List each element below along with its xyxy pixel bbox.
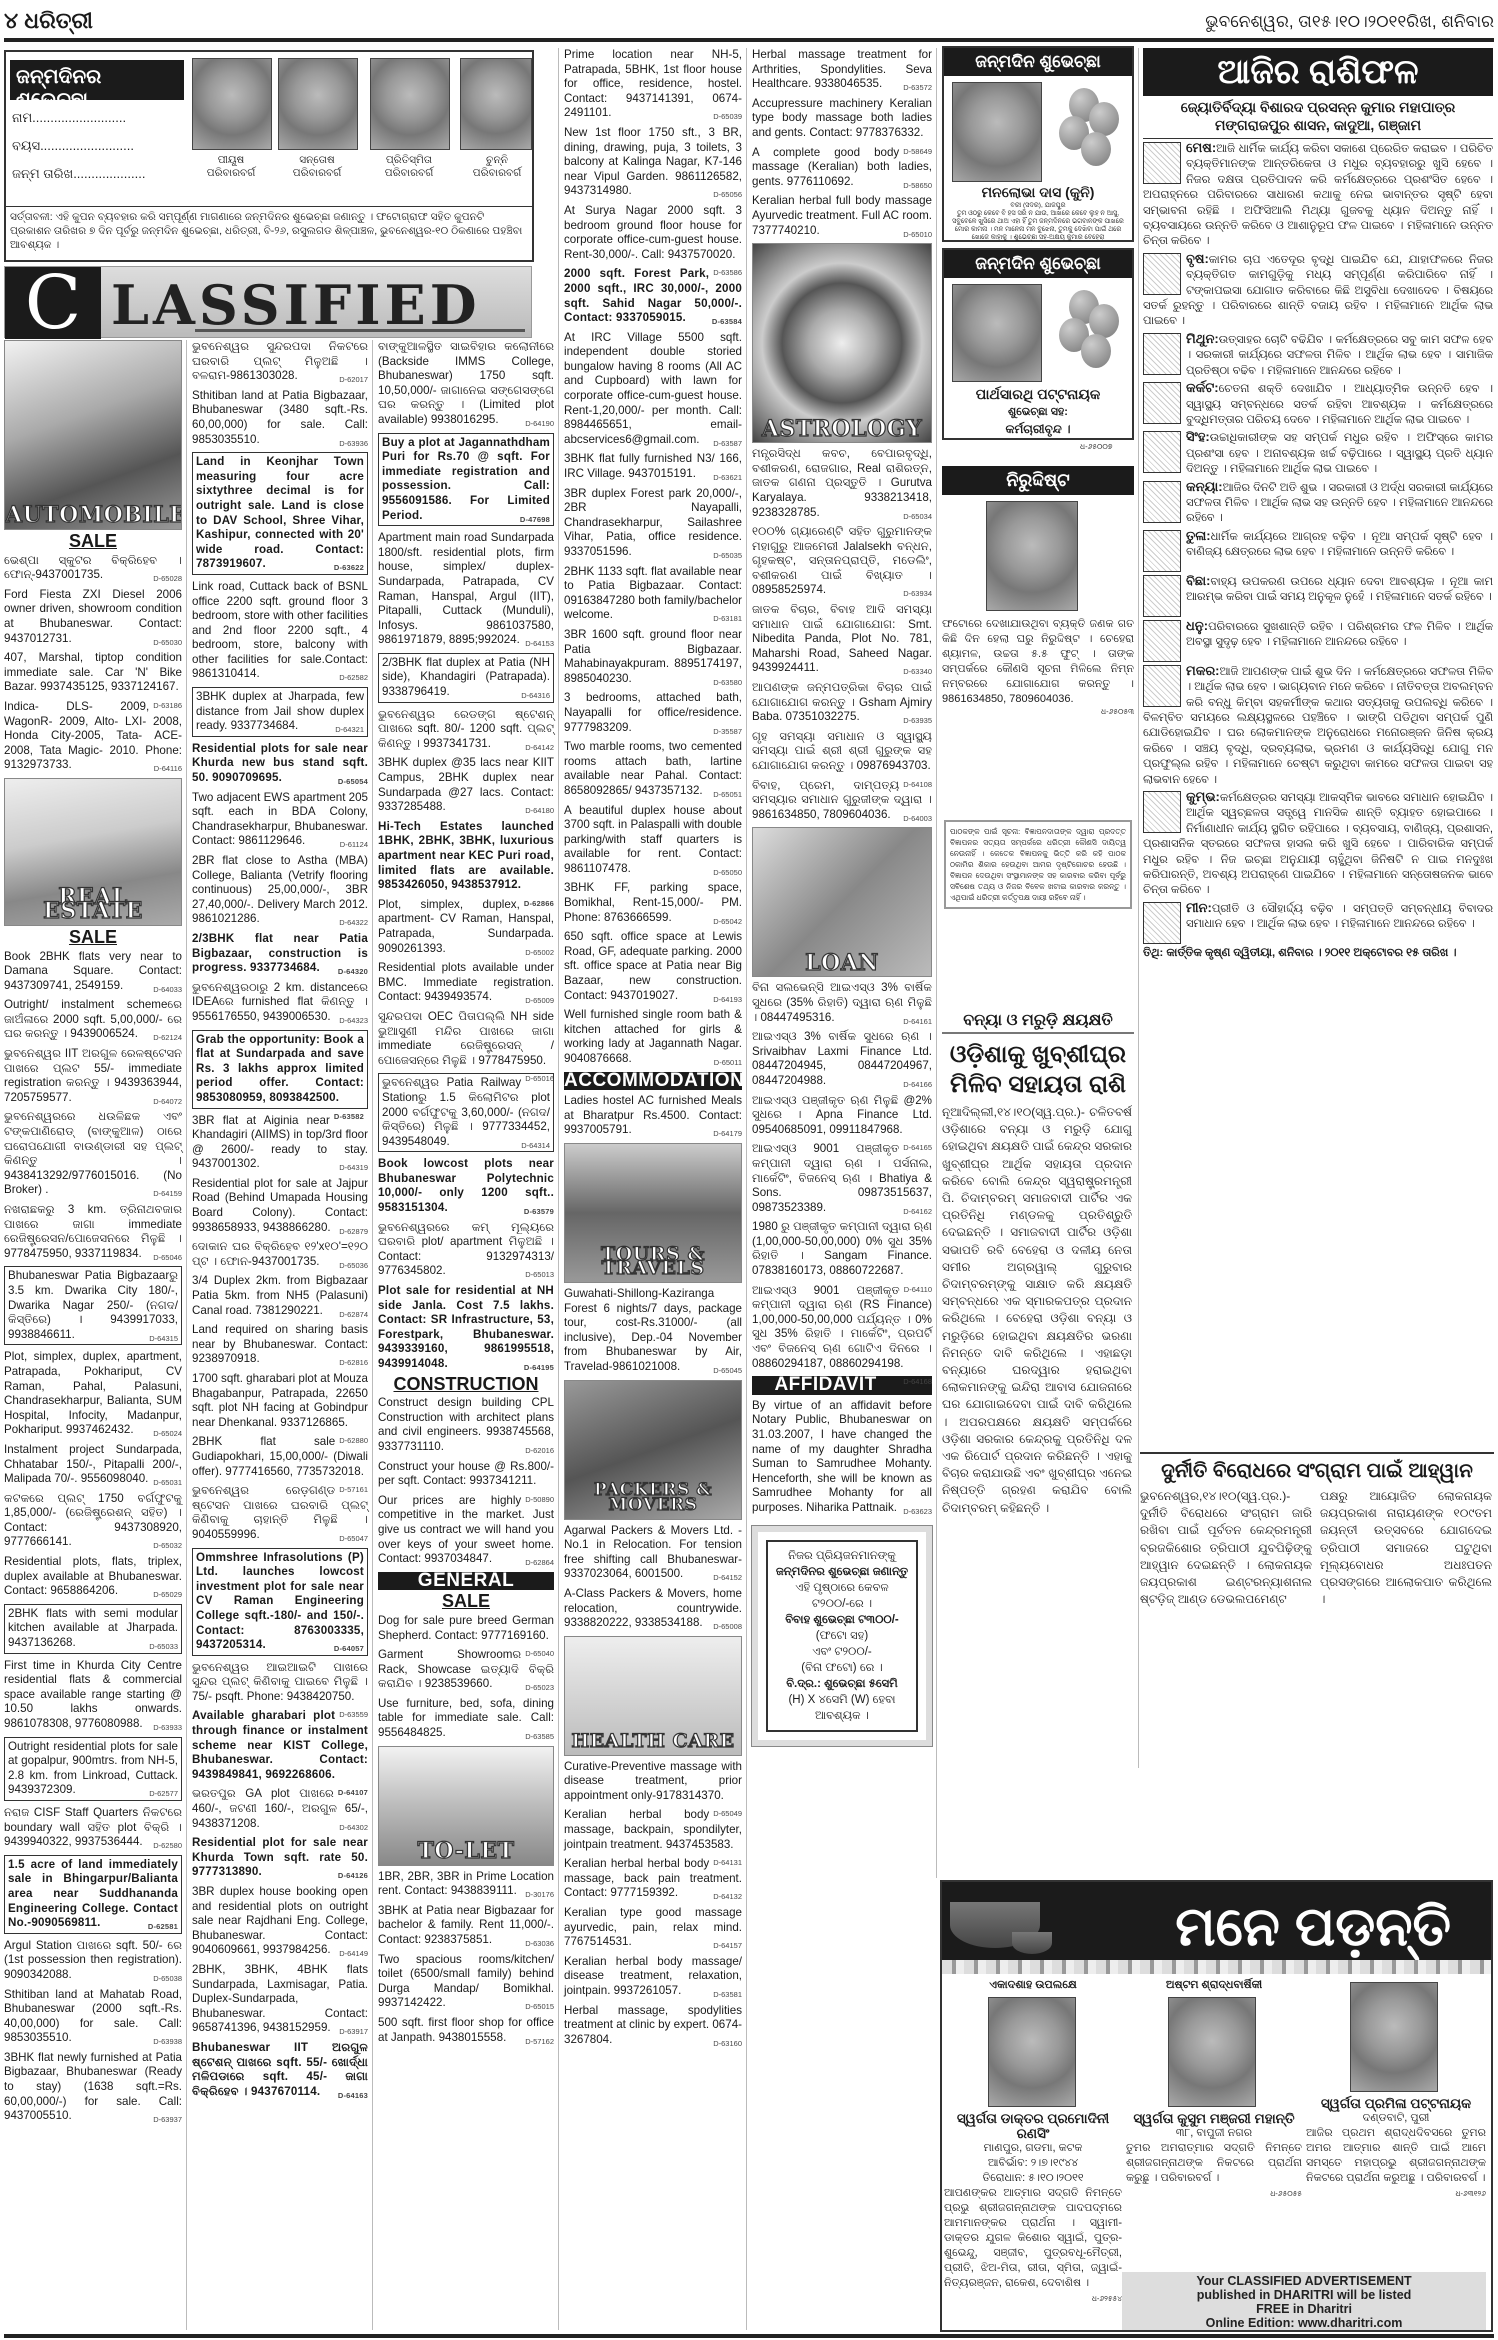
ad-code: D-64157 [713, 1939, 742, 1954]
classified-ad: ଆଇଏସ୍ଓ 3% ବାର୍ଷିକ ସୁଧରେ ଋଣ । Srivaibhav … [752, 1030, 932, 1088]
classified-ad: Land in Keonjhar Town measuring four acr… [192, 452, 368, 575]
classified-ad: Two marble rooms, two cemented rooms att… [564, 740, 742, 798]
zodiac-icon [1143, 665, 1181, 707]
ad-text: ଆଇଏସ୍ଓ ପଞ୍ଜୀକୃତ ଋଣ ମିଳୁଛି @2% ସୁଧରେ । Ap… [752, 1094, 932, 1136]
classified-ad: First time in Khurda City Centre residen… [4, 1659, 182, 1732]
wish-message: ବରୀ (ସଦର), ଯାଜପୁରତୁମ ଓଠରୁ କେବେ ବି ହସ ସରି… [946, 202, 1130, 242]
ad-code: D-64132 [713, 1890, 742, 1905]
ad-text: 1980 ରୁ ପଞ୍ଜୀକୃତ କମ୍ପାନୀ ଦ୍ୱାରା ଋଣ (1,00… [752, 1220, 932, 1277]
classified-ad: 3BR 1600 sqft. ground floor near Patia B… [564, 628, 742, 686]
zodiac-icon [1143, 481, 1181, 523]
classified-ad: Guwahati-Shillong-Kaziranga Forest 6 nig… [564, 1287, 742, 1375]
classified-ad: Residential plot for sale near Khurda To… [192, 1836, 368, 1880]
rate-line: ନିଜର ପ୍ରିୟଜନମାନଙ୍କୁ [770, 1548, 914, 1564]
classified-ad: 3 bedrooms, attached bath, Nayapalli for… [564, 691, 742, 735]
ad-text: ଜାତକ ବିଚାର, ବିବାହ ଆଦି ସମସ୍ୟା ସମାଧାନ ପାଇଁ… [752, 603, 932, 674]
classified-ad: Residential plots available under BMC. I… [378, 961, 554, 1005]
ad-code: D-63581 [713, 1988, 742, 2003]
news-kicker: ବନ୍ୟା ଓ ମରୁଡ଼ି କ୍ଷୟକ୍ଷତି [942, 1012, 1134, 1034]
rate-line: ଏହି ପୃଷ୍ଠାରେ କେବଳ [770, 1580, 914, 1596]
classified-ad: Residential plots, flats, triplex, duple… [4, 1555, 182, 1599]
wish-name: ପାର୍ଥସାରଥି ପଟ୍ଟନାୟକ [944, 386, 1132, 403]
classified-ad: Outright residential plots for sale at g… [4, 1737, 182, 1801]
ad-code: D-64162 [903, 1205, 932, 1220]
classified-ad: ମନ୍ତ୍ରସିଦ୍ଧ କବଚ, ବେପାରବୃଦ୍ଧି, ବଶୀକରଣ, ରୋ… [752, 447, 932, 520]
zodiac-icon [1143, 431, 1181, 473]
ad-text: New 1st floor 1750 sft., 3 BR, dining, d… [564, 126, 742, 197]
ad-code: D-63585 [525, 1730, 554, 1745]
classified-ad: A-Class Packers & Movers, home relocatio… [564, 1587, 742, 1631]
classified-ad: ଆଇଏସ୍ଓ ପଞ୍ଜୀକୃତ ଋଣ ମିଳୁଛି @2% ସୁଧରେ । Ap… [752, 1094, 932, 1138]
ad-code: D-61124 [340, 838, 368, 853]
ad-code: D-64190 [525, 417, 554, 432]
zodiac-name: ତୁଳା: [1186, 528, 1211, 543]
classified-ad: ଭରତପୁର GA plot ପାଖରେ 460/-, ଜଟଣୀ 160/-, … [192, 1787, 368, 1831]
horoscope-author: ଜ୍ୟୋତିର୍ବିଦ୍ୟା ବିଶାରଦ ପ୍ରସନ୍ନ କୁମାର ମହାପ… [1143, 98, 1493, 139]
ad-code: D-64195 [524, 1361, 554, 1376]
real-estate-image: REAL ESTATE [4, 778, 182, 926]
ad-code: D-62816 [339, 1356, 368, 1371]
classified-ad: Dog for sale pure breed German Shepherd.… [378, 1614, 554, 1643]
dob-field: ଜନ୍ମ ତାରିଖ.................... [12, 166, 145, 182]
classified-ad: 3BHK duplex at Jharpada, few distance fr… [192, 687, 368, 737]
ad-code: D-63584 [712, 315, 742, 330]
zodiac-icon [1143, 253, 1181, 295]
ad-code: D-64315 [149, 1332, 178, 1347]
news-headline-2: ଦୁର୍ନୀତି ବିରୋଧରେ ସଂଗ୍ରାମ ପାଇଁ ଆହ୍ୱାନ [1140, 1452, 1494, 1484]
classified-ad: ଗୃହ ସମସ୍ୟା ସମାଧାନ ଓ ସ୍ୱାସ୍ଥ୍ୟ ସମସ୍ୟା ପାଇ… [752, 730, 932, 774]
wish-from: କର୍ମଚାରୀବୃନ୍ଦ । [944, 422, 1132, 437]
rate-line: (ଫଟୋ ସହ) [770, 1628, 914, 1644]
classified-ad: ଭୁବନେଶ୍ୱରରେ କମ୍ ମୂଲ୍ୟରେ ଘରବାରି plot/ apa… [378, 1221, 554, 1279]
classified-ad: Curative-Preventive massage with disease… [564, 1760, 742, 1804]
ad-code: D-64166 [903, 1078, 932, 1093]
zodiac-sign-entry: ତୁଳା:ଧାର୍ମିକ କାର୍ଯ୍ୟରେ ଆଗ୍ରହ ବଢ଼ିବ । ନୂଆ… [1143, 528, 1493, 572]
classified-ad: At Surya Nagar 2000 sqft. 3 bedroom grou… [564, 204, 742, 262]
ad-code: D-64321 [335, 723, 364, 738]
zodiac-icon [1143, 142, 1181, 184]
wish-photo [952, 82, 1042, 182]
to-let-image: TO-LET [378, 1746, 554, 1866]
ad-code: D-64126 [338, 1869, 368, 1884]
news-body-2b: ପକ୍ଷରୁ ଆୟୋଜିତ ଲୋକନାୟକ ଜୟପ୍ରକାଶ ନାରାୟଣଙ୍କ… [1320, 1488, 1492, 1868]
zodiac-icon [1143, 902, 1181, 944]
zodiac-text: ପରିବାରରେ ସୁଖଶାନ୍ତି ରହିବ । ପରିଶ୍ରମର ଫଳ ମି… [1186, 621, 1493, 648]
ad-text: 3BHK flat newly furnished at Patia Bigba… [4, 2051, 182, 2122]
classified-ad: ଭୁବନେଶ୍ୱର ଆଇଆଇଟି ପାଖରେ ସୁନ୍ଦର ପ୍ଲଟ୍ କିଣି… [192, 1661, 368, 1705]
page-masthead: ୪ ଧରିତ୍ରୀ ଭୁବନେଶ୍ୱର, ତା୧୫।୧୦।୨୦୧୧ରିଖ, ଶନ… [4, 6, 1494, 42]
ad-code: ଧ-୬୫୦୦୭ [1080, 442, 1112, 452]
obituary-photo [1350, 1982, 1438, 2092]
classified-ad: 2/3BHK flat near Patia Bigbazaar, constr… [192, 932, 368, 976]
zodiac-name: ମୀନ: [1186, 900, 1212, 915]
ad-text: 650 sqft. office space at Lewis Road, GF… [564, 930, 742, 1001]
zodiac-sign-entry: ମକର:ଆଜି ଆପଣଙ୍କ ପାଇଁ ଶୁଭ ଦିନ । କର୍ମକ୍ଷେତ୍… [1143, 663, 1493, 788]
classified-ad: Keralian type good massage ayurvedic, pa… [564, 1906, 742, 1950]
zodiac-name: ମକର: [1186, 663, 1220, 678]
ad-text: Available gharabari plot through finance… [192, 1709, 368, 1780]
ad-code: D-65032 [153, 1539, 182, 1554]
classified-ad: Accupressure machinery Keralian type bod… [752, 97, 932, 141]
ad-code: D-64180 [525, 804, 554, 819]
ad-code: D-57162 [525, 2035, 554, 2050]
rate-line: ଜନ୍ମଦିନର ଶୁଭେଚ୍ଛା ଜଣାନ୍ତୁ [770, 1564, 914, 1580]
ad-code: D-63935 [903, 714, 932, 729]
zodiac-sign-entry: ବୃଷ:କାମର ଚାପ ଏତେଦୂର ବୃଦ୍ଧି ପାଇଯିବ ଯେ, ଯା… [1143, 251, 1493, 330]
ad-code: D-64302 [339, 1821, 368, 1836]
classified-ad: By virtue of an affidavit before Notary … [752, 1399, 932, 1516]
classified-ad: ବିନା ସଲଭେନ୍ସି ଆଇଏସ୍ଓ 3% ବାର୍ଷିକ ସୁଧରେ (3… [752, 981, 932, 1025]
ad-code: D-65034 [903, 510, 932, 525]
classified-ad: କଟକରେ ପ୍ଲଟ୍ 1750 ବର୍ଗଫୁଟକୁ 1,85,000/- (ର… [4, 1492, 182, 1550]
ad-code: D-64161 [903, 1015, 932, 1030]
ad-code: D-65011 [714, 1056, 742, 1071]
ad-text: At IRC Village 5500 sqft. independent do… [564, 331, 742, 446]
zodiac-name: ସିଂହ: [1186, 429, 1210, 444]
ad-text: 2BHK, 3BHK, 4BHK flats Sundarpada, Laxmi… [192, 1963, 368, 2034]
classified-ad: Prime location near NH-5, Patrapada, 5BH… [564, 48, 742, 121]
zodiac-name: ବୃଷ: [1186, 251, 1209, 266]
ad-code: D-65036 [339, 1259, 368, 1274]
ad-code: ଧ-୬୫୦୫୩ [942, 707, 1134, 717]
classified-ad: 500 sqft. first floor shop for office at… [378, 2016, 554, 2045]
ad-text: Prime location near NH-5, Patrapada, 5BH… [564, 48, 742, 119]
automobile-image: AUTOMOBILE [4, 340, 182, 530]
balloons-icon [1059, 290, 1119, 380]
classified-ad: 2000 sqft. Forest Park, 2000 sqft., IRC … [564, 267, 742, 325]
photo-caption: ଚୁନ୍ନିପରିବାରବର୍ଗ [452, 154, 542, 180]
ad-code: D-63587 [713, 437, 742, 452]
zodiac-text: ଉତ୍ସାହର ଚୋଟି ବଢିଯିବ । କର୍ମକ୍ଷେତ୍ରରେ ସବୁ … [1186, 334, 1493, 377]
ad-text: Grab the opportunity: Book a flat at Sun… [196, 1033, 364, 1104]
zodiac-name: ଧନୁ: [1186, 618, 1208, 633]
news-body: ନୂଆଦିଲ୍ଲୀ,୧୪।୧୦(ସ୍ୱ.ପ୍ର.)- ଚଳିତବର୍ଷ ଓଡ଼ି… [942, 1104, 1132, 1800]
banner-title: LASSIFIED [111, 273, 481, 337]
ad-code: D-63623 [903, 1505, 932, 1520]
classified-ad: ୧୦୦% ଗ୍ୟାରେଣ୍ଟି ସହିତ ଗୁରୁମାନଙ୍କ ମହାଗୁରୁ … [752, 525, 932, 598]
horoscope-footer: ତିଥି: କାର୍ତ୍ତିକ କୃଷ୍ଣ ଦ୍ୱିତୀୟା, ଶନିବାର ।… [1143, 946, 1493, 961]
ad-code: D-63160 [713, 2037, 742, 2052]
ad-code: D-65056 [713, 188, 742, 203]
obituary-section: ମନେ ପଡ଼ନ୍ତି ଏକାଦଶାହ ଉପଲକ୍ଷେ ସ୍ୱର୍ଗତା ଡାକ… [940, 1880, 1493, 2332]
obituary-entry: ଅଷ୍ଟମ ଶ୍ରାଦ୍ଧବାର୍ଷିକୀ ସ୍ୱର୍ଗତା କୁସୁମ ମଞ୍… [1126, 1978, 1302, 2201]
balloons-icon [1059, 88, 1119, 178]
column-divider [746, 48, 747, 2330]
classified-ad: 1BR, 2BR, 3BR in Prime Location rent. Co… [378, 1870, 554, 1899]
ad-code: D-62577 [149, 1787, 178, 1802]
classified-ad: Argul Station ପାଖରେ sqft. 50/- ରେ (1st p… [4, 1939, 182, 1983]
classified-ad: Keralian herbal body massage/ disease tr… [564, 1955, 742, 1999]
ad-code: D-64316 [521, 689, 550, 704]
classified-ad: ଭେଶ୍ପା ସ୍କୁଟର ବିକ୍ରିହେବ । ଫୋନ୍-943700173… [4, 554, 182, 583]
zodiac-sign-entry: ଧନୁ:ପରିବାରରେ ସୁଖଶାନ୍ତି ରହିବ । ପରିଶ୍ରମର ଫ… [1143, 618, 1493, 662]
ad-text: Dog for sale pure breed German Shepherd.… [378, 1614, 554, 1642]
ad-text: Plot sale for residential at NH side Jan… [378, 1284, 554, 1370]
classified-ad: 1.5 acre of land immediately sale in Bhi… [4, 1855, 182, 1934]
ad-code: D-58650 [903, 179, 932, 194]
horoscope-body: ମେଷ:ଆଜି ଧାର୍ମିକ କାର୍ଯ୍ୟ କରିବା ସକାଶେ ପ୍ରେ… [1143, 140, 1493, 1440]
classified-ad: ଭୁବନେଶ୍ୱର IIT ଅରଗୁଳ ରେଳଷ୍ଟେସନ ପାଖରେ ପ୍ଲଟ… [4, 1047, 182, 1105]
ad-text: By virtue of an affidavit before Notary … [752, 1399, 932, 1514]
coupon-terms: ସର୍ତ୍ତାବଳୀ: ଏହି କୁପନ ବ୍ୟବହାର କରି ସମ୍ପୂର୍… [6, 206, 532, 255]
ad-code: D-65054 [338, 775, 368, 790]
zodiac-name: ବିଛା: [1186, 573, 1210, 588]
sale-heading: SALE [378, 1594, 554, 1609]
ad-code: D-65002 [525, 946, 554, 961]
ad-code: D-64152 [713, 1571, 742, 1586]
ad-code: D-64320 [338, 965, 368, 980]
ad-text: Guwahati-Shillong-Kaziranga Forest 6 nig… [564, 1287, 742, 1373]
rate-line: ଟ୨୦୦/-ରେ । [770, 1596, 914, 1612]
news-body-2a: ଭୁବନେଶ୍ୱର,୧୪।୧୦(ସ୍ୱ.ପ୍ର.)- ଦୁର୍ନୀତି ବିରୋ… [1140, 1488, 1312, 1868]
sale-heading: SALE [4, 930, 182, 945]
classified-ad: Ommshree Infrasolutions (P) Ltd. launche… [192, 1548, 368, 1656]
ad-code: D-65047 [339, 1532, 368, 1547]
classified-ad: Two adjacent EWS apartment 205 sqft. eac… [192, 791, 368, 849]
ad-code: D-65035 [713, 549, 742, 564]
tours-label: TOURS & TRAVELS [565, 1247, 741, 1276]
zodiac-icon [1143, 382, 1181, 424]
obituary-photo [988, 1997, 1076, 2107]
ad-code: D-65010 [903, 228, 932, 243]
zodiac-text: ବାହ୍ୟ ଉପକରଣ ଉପରେ ଧ୍ୟାନ ଦେବା ଆବଶ୍ୟକ । ନୂଆ… [1186, 576, 1493, 603]
classified-ad: 3BR duplex house booking open and reside… [192, 1885, 368, 1958]
zodiac-sign-entry: ସିଂହ:ଉଚ୍ଚାଧିକାରୀଙ୍କ ସହ ସମ୍ପର୍କ ମଧୁର ରହିବ… [1143, 429, 1493, 477]
ad-code: D-63622 [334, 561, 364, 576]
free-listing-notice: Your CLASSIFIED ADVERTISEMENT published … [1122, 2272, 1486, 2330]
classified-ad: 2BHK, 3BHK, 4BHK flats Sundarpada, Laxmi… [192, 1963, 368, 2036]
ad-code: D-62581 [148, 1920, 178, 1935]
zodiac-text: ଆଜି ଧାର୍ମିକ କାର୍ଯ୍ୟ କରିବା ସକାଶେ ପ୍ରେରିତ … [1143, 143, 1493, 247]
ad-code: D-65030 [153, 636, 182, 651]
zodiac-sign-entry: ମୀନ:ପ୍ରୀତି ଓ ସୌହାର୍ଦ୍ଦ୍ୟ ବଢ଼ିବ । ସମ୍ପତ୍ତ… [1143, 900, 1493, 944]
ad-code: D-65009 [525, 994, 554, 1009]
reader-disclaimer: ପାଠକଙ୍କ ପାଇଁ ସୂଚନା: ବିଜ୍ଞାପନଦାତାଙ୍କ ଦ୍ୱା… [944, 820, 1132, 909]
classified-ad: A complete good body massage (Keralian) … [752, 146, 932, 190]
classified-ad: ସୁନ୍ଦରପଦା OEC ପିତାପଲ୍ଲି NH side ଭୁଆସୁଣୀ … [378, 1010, 554, 1068]
ad-code: D-62864 [525, 1556, 554, 1571]
ad-text: 3BR duplex house booking open and reside… [192, 1885, 368, 1956]
photo-caption: ପ୍ରିତିସ୍ମିତାପରିବାରବର୍ଗ [364, 154, 454, 180]
classified-ad: ଭୁବନେଶ୍ୱର Patia Railway Stationରୁ 1.5 କି… [378, 1073, 554, 1152]
classified-ad: At IRC Village 5500 sqft. independent do… [564, 331, 742, 448]
child-photo [278, 58, 358, 150]
automobile-label: AUTOMOBILE [5, 508, 181, 523]
classified-ad: ନଖରାଛକରୁ 3 km. ତ୍ରିନାଥବଜାର ପାଖରେ ଜାଗା im… [4, 1203, 182, 1261]
classified-ad: 2BHK flat sale Gudiapokhari, 15,00,000/-… [192, 1435, 368, 1479]
classified-ad: Hi-Tech Estates launched 1BHK, 2BHK, 3BH… [378, 820, 554, 893]
ad-code: D-64057 [334, 1642, 364, 1657]
column-divider [186, 340, 187, 2330]
ad-code: D-65050 [713, 866, 742, 881]
zodiac-name: କୁମ୍ଭ: [1186, 789, 1220, 804]
ad-code: D-65033 [149, 1640, 178, 1655]
ad-text: Keralian herbal body massage, backpain, … [564, 1808, 742, 1850]
ad-code: D-65028 [153, 572, 182, 587]
classified-ad: Well furnished single room bath & kitche… [564, 1008, 742, 1066]
zodiac-icon [1143, 530, 1181, 572]
ad-text: ମନ୍ତ୍ରସିଦ୍ଧ କବଚ, ବେପାରବୃଦ୍ଧି, ବଶୀକରଣ, ରୋ… [752, 447, 932, 518]
ad-code: D-64116 [154, 762, 182, 777]
astrology-image: ASTROLOGY [752, 243, 932, 443]
tours-image: TOURS & TRAVELS [564, 1143, 742, 1283]
zodiac-name: କର୍କଟ: [1186, 380, 1219, 395]
photo-caption: ପୀୟୂଷପରିବାରବର୍ଗ [186, 154, 276, 180]
classified-ad: Bhubaneswar IIT ଅରଗୁଳ ଷ୍ଟେଶନ୍ ପାଖରେ sqft… [192, 2041, 368, 2099]
child-photo [192, 58, 272, 150]
classified-ad: Ford Fiesta ZXI Diesel 2006 owner driven… [4, 588, 182, 646]
missing-person-ad: ନିରୁଦ୍ଦିଷ୍ଟ ଫଟୋରେ ଦେଖାଯାଉଥିବା ବ୍ୟକ୍ତି ଜଣ… [942, 466, 1134, 717]
zodiac-name: ମିଥୁନ: [1186, 331, 1219, 346]
classified-ad: 1700 sqft. gharabari plot at Mouza Bhaga… [192, 1372, 368, 1430]
classified-ad: Sthitiban land at Patia Bigbazaar, Bhuba… [192, 389, 368, 447]
column-3: ବାଙ୍କୁଆଳସ୍ଥିତ ସାଇବିହାର କଲୋନୀରେ (Backside… [378, 340, 554, 2050]
classified-ad: Bhubaneswar Patia Bigbazaarରୁ 3.5 km. Dw… [4, 1266, 182, 1345]
astrology-label: ASTROLOGY [753, 422, 931, 437]
classified-ad: Indica- DLS- 2009, WagonR- 2009, Alto- L… [4, 700, 182, 773]
missing-text: ଫଟୋରେ ଦେଖାଯାଉଥିବା ବ୍ୟକ୍ତି ଜଣକ ଗତ କିଛି ଦି… [942, 617, 1134, 707]
classified-ad: 3BHK duplex @35 lacs near KIIT Campus, 2… [378, 756, 554, 814]
ad-code: D-64149 [339, 1947, 368, 1962]
child-photo [370, 58, 450, 150]
zodiac-text: କର୍ମକ୍ଷେତ୍ରର ସମସ୍ୟା ଆକସ୍ମିକ ଭାବରେ ସମାଧାନ… [1143, 792, 1493, 896]
coupon-title: ଜନ୍ମଦିନର ଶୁଭେଚ୍ଛା [10, 60, 184, 100]
column-divider [558, 48, 559, 2330]
birthday-wish-2: ଜନ୍ମଦିନ ଶୁଭେଚ୍ଛା ପାର୍ଥସାରଥି ପଟ୍ଟନାୟକ ଶୁଭ… [942, 248, 1134, 440]
page-bottom-rule [4, 2334, 1494, 2338]
classified-ad: 3BHK FF, parking space, Bomikhal, Rent-1… [564, 881, 742, 925]
ad-text: A beautiful duplex house about 3700 sqft… [564, 804, 742, 875]
classified-ad: ଜାତକ ବିଚାର, ବିବାହ ଆଦି ସମସ୍ୟା ସମାଧାନ ପାଇଁ… [752, 603, 932, 676]
zodiac-text: ଆଜି ଆପଣଙ୍କ ପାଇଁ ଶୁଭ ଦିନ । କର୍ମକ୍ଷେତ୍ରରେ … [1143, 666, 1493, 786]
diya-lamp-icon [1012, 1932, 1052, 1954]
classified-ad: ଆଇଏସ୍ଓ 9001 ପଞ୍ଜୀକୃତ କମ୍ପାନୀ ଦ୍ୱାରା ଋଣ (… [752, 1284, 932, 1372]
ad-code: D-65024 [153, 1427, 182, 1442]
classified-ad: 2/3BHK flat duplex at Patia (NH side), K… [378, 653, 554, 703]
classified-ad: 2BHK 1133 sqft. flat available near to P… [564, 565, 742, 623]
ad-code: D-64153 [525, 637, 554, 652]
banner-underline [195, 329, 525, 332]
banner-initial: C [5, 267, 101, 339]
ad-code: D-63340 [903, 665, 932, 680]
horoscope-title: ଆଜିର ରାଶିଫଳ [1143, 48, 1493, 96]
ad-code: D-62017 [339, 373, 368, 388]
ad-text: Link road, Cuttack back of BSNL office 2… [192, 580, 368, 681]
ad-code: D-65013 [525, 1268, 554, 1283]
classified-ad: Apartment main road Sundarpada 1800/sft.… [378, 531, 554, 648]
classified-ad: Land required on sharing basis near by B… [192, 1323, 368, 1367]
obituary-entry: ଏକାଦଶାହ ଉପଲକ୍ଷେ ସ୍ୱର୍ଗତା ଡାକ୍ତର ପ୍ରମୋଦିନ… [944, 1978, 1122, 2306]
ad-text: ବାଙ୍କୁଆଳସ୍ଥିତ ସାଇବିହାର କଲୋନୀରେ (Backside… [378, 340, 554, 426]
ad-code: D-64072 [153, 1095, 182, 1110]
column-divider [372, 340, 373, 2330]
ad-code: D-64179 [713, 1127, 742, 1142]
classified-ad: 2BR flat close to Astha (MBA) College, B… [192, 854, 368, 927]
zodiac-text: ପ୍ରୀତି ଓ ସୌହାର୍ଦ୍ଦ୍ୟ ବଢ଼ିବ । ସମ୍ପତ୍ତି ସମ… [1186, 903, 1493, 930]
ad-code: D-64168 [903, 1375, 932, 1390]
classified-ad: ଭୁବନେଶ୍ୱର ରେଡଙ୍ଗ ଷ୍ଟେଶନ୍ ପାଖରେ sqft. 80/… [378, 708, 554, 752]
classified-ad: Residential plot for sale at Jajpur Road… [192, 1177, 368, 1235]
classified-ad: ବିବାହ, ପ୍ରେମ, ଦାମ୍ପତ୍ୟ ସମସ୍ୟାର ସମାଧାନ ଗୁ… [752, 779, 932, 823]
ad-code: D-64319 [339, 1161, 368, 1176]
classified-ad: Herbal massage treatment for Arthrities,… [752, 48, 932, 92]
classified-ad: Two spacious rooms/kitchen/ toilet (6500… [378, 1953, 554, 2011]
classified-banner: C LASSIFIED [4, 266, 532, 338]
ad-text: 3BR duplex Forest park 20,000/-, 2BR Nay… [564, 487, 742, 558]
classified-ad: New 1st floor 1750 sft., 3 BR, dining, d… [564, 126, 742, 199]
zodiac-icon [1143, 620, 1181, 662]
health-care-image: HEALTH CARE [564, 1636, 742, 1756]
ad-text: Plot, simplex, duplex, apartment, Patrap… [4, 1350, 182, 1436]
zodiac-icon [1143, 333, 1181, 375]
rate-line: ବି.ଦ୍ର.: ଶୁଭେଚ୍ଛା ୫ସେମି [770, 1676, 914, 1692]
classified-ad: Buy a plot at Jagannathdham Puri for Rs.… [378, 433, 554, 527]
ad-text: Land in Keonjhar Town measuring four acr… [196, 455, 364, 570]
classified-ad: 3BHK at Patia near Bigbazaar for bachelo… [378, 1904, 554, 1948]
classified-ad: Keralian herbal full body massage Ayurve… [752, 194, 932, 238]
ad-code: D-63936 [339, 437, 368, 452]
adult-photo [460, 58, 532, 150]
zodiac-icon [1143, 791, 1181, 833]
wish-title: ଜନ୍ମଦିନ ଶୁଭେଚ୍ଛା [944, 250, 1132, 278]
zodiac-icon [1143, 575, 1181, 617]
zodiac-sign-entry: ମିଥୁନ:ଉତ୍ସାହର ଚୋଟି ବଢିଯିବ । କର୍ମକ୍ଷେତ୍ରର… [1143, 331, 1493, 379]
ad-code: D-65008 [713, 1620, 742, 1635]
classified-ad: Herbal massage, spodylities treatment at… [564, 2004, 742, 2048]
general-heading: GENERAL [378, 1572, 554, 1591]
rate-line: (H) X ୪ସେମି (W) ହେବା [770, 1692, 914, 1708]
ad-text: 1700 sqft. gharabari plot at Mouza Bhaga… [192, 1372, 368, 1429]
ad-code: D-64003 [903, 812, 932, 827]
ad-code: D-63036 [525, 1937, 554, 1952]
ad-code: D-65029 [153, 1588, 182, 1603]
ad-text: ଭୁବନେଶ୍ୱର ଆଇଆଇଟି ପାଖରେ ସୁନ୍ଦର ପ୍ଲଟ୍ କିଣି… [192, 1661, 368, 1703]
classified-ad: Use furniture, bed, sofa, dining table f… [378, 1697, 554, 1741]
column-divider [1138, 48, 1139, 1768]
classified-ad: 3/4 Duplex 2km. from Bigbazaar Patia 5km… [192, 1274, 368, 1318]
classified-ad: Agarwal Packers & Movers Ltd. - No.1 in … [564, 1524, 742, 1582]
classified-ad: Residential plots for sale near Khurda n… [192, 742, 368, 786]
zodiac-name: ମେଷ: [1186, 140, 1216, 155]
ad-text: First time in Khurda City Centre residen… [4, 1659, 182, 1730]
ad-text: Ommshree Infrasolutions (P) Ltd. launche… [196, 1551, 364, 1652]
column-4: Prime location near NH-5, Patrapada, 5BH… [564, 48, 742, 2052]
ad-code: D-64033 [153, 983, 182, 998]
classified-ad: Construct design building CPL Constructi… [378, 1396, 554, 1454]
ad-text: ଗୃହ ସମସ୍ୟା ସମାଧାନ ଓ ସ୍ୱାସ୍ଥ୍ୟ ସମସ୍ୟା ପାଇ… [752, 730, 932, 772]
column-2: ଭୁବନେଶ୍ୱର ସୁନ୍ଦରପଦା ନିକଟରେ ଘରବାରି ପ୍ଲଟ୍ … [192, 340, 368, 2104]
page-number-label: ୪ ଧରିତ୍ରୀ [4, 8, 93, 34]
dateline: ଭୁବନେଶ୍ୱର, ତା୧୫।୧୦।୨୦୧୧ରିଖ, ଶନିବାର [1205, 12, 1494, 32]
ad-code: D-63934 [903, 587, 932, 602]
ad-code: D-65038 [153, 1972, 182, 1987]
classified-ad: Link road, Cuttack back of BSNL office 2… [192, 580, 368, 682]
ad-code: D-63938 [153, 2035, 182, 2050]
column-1: AUTOMOBILE SALE ଭେଶ୍ପା ସ୍କୁଟର ବିକ୍ରିହେବ … [4, 340, 182, 2129]
classified-ad: 650 sqft. office space at Lewis Road, GF… [564, 930, 742, 1003]
accommodation-heading: ACCOMMODATION [564, 1072, 742, 1091]
obituary-photo [1168, 1997, 1256, 2107]
zodiac-sign-entry: କର୍କଟ:ଚେତନା ଶକ୍ତି ଦେଖାଯିବ । ଆଧ୍ୟାତ୍ମିକ ଉ… [1143, 380, 1493, 428]
ad-text: 2BR flat close to Astha (MBA) College, B… [192, 854, 368, 925]
ad-code: D-62580 [153, 1839, 182, 1854]
ad-text: ୧୦୦% ଗ୍ୟାରେଣ୍ଟି ସହିତ ଗୁରୁମାନଙ୍କ ମହାଗୁରୁ … [752, 525, 932, 596]
ad-text: At Surya Nagar 2000 sqft. 3 bedroom grou… [564, 204, 742, 261]
flower-border [942, 1960, 1491, 1974]
ad-code: D-63933 [153, 1721, 182, 1736]
ad-code: D-64323 [339, 1014, 368, 1029]
ad-text: ଭୁବନେଶ୍ୱରରେ ଧଉଳିଛକ ଏବଂ ଟଙ୍କପାଣିରୋଡ୍ (ବାଙ… [4, 1110, 182, 1196]
